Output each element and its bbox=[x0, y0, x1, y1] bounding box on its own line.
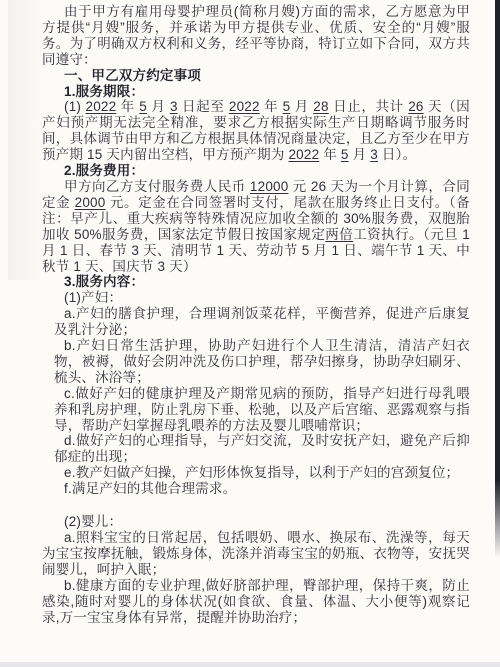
underlined-value: 3 bbox=[370, 147, 378, 162]
text-run: b.产妇日常生活护理，协助产妇进行个人卫生清洁，清洁产妇衣物，被褥，做好会阴冲洗… bbox=[54, 338, 470, 385]
underlined-value: 2022 bbox=[229, 99, 260, 114]
heading-service-period: 1.服务期限： bbox=[42, 84, 470, 100]
section-heading-agreed-matters: 一、甲乙双方约定事项 bbox=[42, 68, 470, 84]
intro-paragraph: 由于甲方有雇用母婴护理员(简称月嫂)方面的需求，乙方愿意为甲方提供“月嫂”服务，… bbox=[42, 4, 470, 68]
text-run: e.教产妇做产妇操，产妇形体恢复指导，以利于产妇的宫颈复位； bbox=[64, 465, 459, 480]
text-run: b.健康方面的专业护理,做好脐部护理，臀部护理，保持干爽，防止感染,随时对婴儿的… bbox=[42, 578, 470, 625]
service-fee-paragraph: 甲方向乙方支付服务费人民币 12000 元 26 天为一个月计算，合同定金 20… bbox=[42, 179, 470, 274]
scan-shadow-left bbox=[8, 0, 42, 280]
infant-item-b: b.健康方面的专业护理,做好脐部护理，臀部护理，保持干爽，防止感染,随时对婴儿的… bbox=[42, 578, 470, 626]
text-run: 年 bbox=[319, 147, 341, 162]
text-run: a.产妇的膳食护理，合理调剂饭菜花样，平衡营养，促进产后康复及乳汁分泌； bbox=[54, 306, 470, 337]
mother-item-c: c.做好产妇的健康护理及产期常见病的预防，指导产妇进行母乳喂养和乳房护理，防止乳… bbox=[42, 386, 470, 434]
text-run: 日）。 bbox=[378, 147, 416, 162]
photo-dark-edge-right bbox=[495, 0, 500, 558]
underlined-value: 2022 bbox=[288, 147, 319, 162]
infant-item-a: a.照料宝宝的日常起居，包括喂奶、喂水、换尿布、洗澡等，每天为宝宝按摩抚触，锻炼… bbox=[42, 530, 470, 578]
text-run: a.照料宝宝的日常起居，包括喂奶、喂水、换尿布、洗澡等，每天为宝宝按摩抚触，锻炼… bbox=[42, 530, 470, 577]
mother-item-a: a.产妇的膳食护理，合理调剂饭菜花样，平衡营养，促进产后康复及乳汁分泌； bbox=[42, 306, 470, 338]
underlined-value: 28 bbox=[313, 99, 328, 114]
text-run: 月 bbox=[290, 99, 313, 114]
underlined-value: 26 bbox=[408, 99, 423, 114]
text-run: 甲方向乙方支付服务费人民币 bbox=[64, 179, 250, 194]
heading-service-fee: 2.服务费用： bbox=[42, 163, 470, 179]
underlined-value: 2000 bbox=[75, 195, 106, 210]
text-run: 月 bbox=[349, 147, 371, 162]
mother-item-b: b.产妇日常生活护理，协助产妇进行个人卫生清洁，清洁产妇衣物，被褥，做好会阴冲洗… bbox=[42, 338, 470, 386]
mother-item-e: e.教产妇做产妇操，产妇形体恢复指导，以利于产妇的宫颈复位； bbox=[42, 465, 470, 481]
text-run: 一、甲乙双方约定事项 bbox=[64, 68, 201, 83]
text-run: d.做好产妇的心理指导，与产妇交流，及时安抚产妇，避免产后抑郁症的出现； bbox=[54, 433, 470, 464]
underlined-value: 两倍 bbox=[325, 227, 353, 242]
service-period-paragraph: (1) 2022 年 5 月 3 日起至 2022 年 5 月 28 日止，共计… bbox=[42, 99, 470, 163]
text-run: 日起至 bbox=[178, 99, 229, 114]
text-run: (1)产妇： bbox=[64, 290, 122, 305]
contract-document-body: 由于甲方有雇用母婴护理员(简称月嫂)方面的需求，乙方愿意为甲方提供“月嫂”服务，… bbox=[42, 4, 470, 625]
underlined-value: 5 bbox=[341, 147, 349, 162]
heading-service-content: 3.服务内容： bbox=[42, 274, 470, 290]
text-run: c.做好产妇的健康护理及产期常见病的预防，指导产妇进行母乳喂养和乳房护理，防止乳… bbox=[54, 386, 470, 433]
text-run: 日止，共计 bbox=[329, 99, 408, 114]
photo-gray-edge-bottom bbox=[0, 662, 500, 667]
text-run: 由于甲方有雇用母婴护理员(简称月嫂)方面的需求，乙方愿意为甲方提供“月嫂”服务，… bbox=[42, 4, 470, 67]
subheading-mother: (1)产妇： bbox=[42, 290, 470, 306]
text-run: (1) bbox=[64, 99, 86, 114]
underlined-value: 2022 bbox=[86, 99, 117, 114]
text-run: 年 bbox=[260, 99, 283, 114]
mother-item-d: d.做好产妇的心理指导，与产妇交流，及时安抚产妇，避免产后抑郁症的出现； bbox=[42, 433, 470, 465]
text-run: 月 bbox=[147, 99, 170, 114]
text-run: f.满足产妇的其他合理需求。 bbox=[64, 481, 236, 496]
underlined-value: 12000 bbox=[250, 179, 289, 194]
text-run: 年 bbox=[116, 99, 139, 114]
text-run: 3.服务内容： bbox=[64, 274, 144, 289]
text-run: (2)婴儿： bbox=[64, 514, 122, 529]
text-run: 2.服务费用： bbox=[64, 163, 144, 178]
mother-item-f: f.满足产妇的其他合理需求。 bbox=[42, 481, 470, 497]
underlined-value: 3 bbox=[170, 99, 178, 114]
text-run: 1.服务期限： bbox=[64, 84, 144, 99]
underlined-value: 5 bbox=[139, 99, 147, 114]
subheading-infant: (2)婴儿： bbox=[42, 514, 470, 530]
